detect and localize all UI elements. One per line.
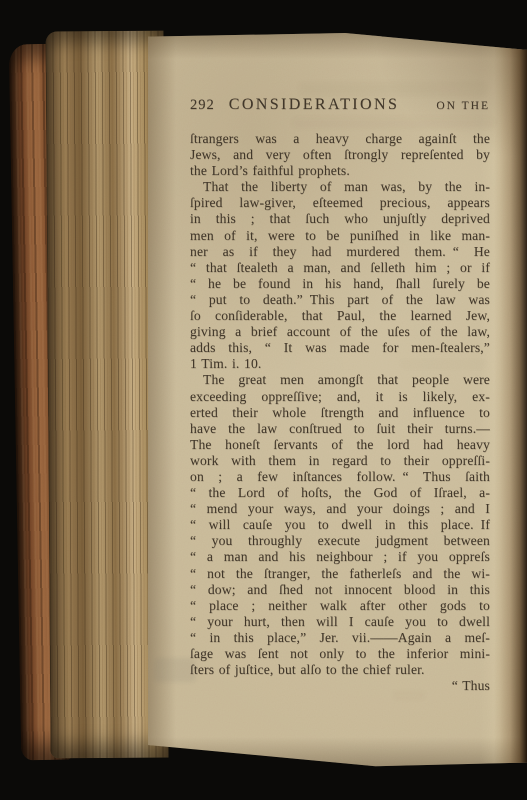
body-line: 1 Tim. i. 10. <box>190 356 490 372</box>
body-line: “ your hurt, then will I cauſe you to dw… <box>190 614 490 630</box>
text-column: 292 CONSIDERATIONS ON THE ſtrangers was … <box>190 96 490 694</box>
body-line: giving a brief account of the uſes of th… <box>190 324 490 340</box>
body-text: ſtrangers was a heavy charge againſt the… <box>190 131 490 694</box>
body-line: “ you throughly execute judgment between <box>190 533 490 549</box>
body-line: “ mend your ways, and your doings ; and … <box>190 501 490 517</box>
body-line: Jews, and very often ſtrongly repreſente… <box>190 147 490 163</box>
body-line: The honeſt ſervants of the lord had heav… <box>190 437 490 453</box>
body-line: erted their whole ſtrength and influence… <box>190 405 490 421</box>
body-line: “ place ; neither walk after other gods … <box>190 598 490 614</box>
show-through-smudge <box>298 83 488 95</box>
book-page: 292 CONSIDERATIONS ON THE ſtrangers was … <box>148 33 527 767</box>
body-line: “ that ſtealeth a man, and ſelleth him ;… <box>190 260 490 276</box>
body-line: work with them in regard to their oppreſ… <box>190 453 490 469</box>
body-line: “ not the ſtranger, the fatherleſs and t… <box>190 566 490 582</box>
body-line: “ a man and his neighbour ; if you oppre… <box>190 549 490 565</box>
body-line: “ put to death.” This part of the law wa… <box>190 292 490 308</box>
body-line: ſters of juſtice, but alſo to the chief … <box>190 662 490 678</box>
body-line: have the law conſtrued to ſuit their tur… <box>190 421 490 437</box>
running-title-suffix: ON THE <box>436 100 490 112</box>
body-line: ſage was ſent not only to the inferior m… <box>190 646 490 662</box>
book-scan-scene: 292 CONSIDERATIONS ON THE ſtrangers was … <box>0 0 527 800</box>
body-line: That the liberty of man was, by the in- <box>190 179 490 195</box>
page-number: 292 <box>190 97 215 114</box>
running-title: CONSIDERATIONS <box>229 96 400 114</box>
body-line: men of it, were to be puniſhed in like m… <box>190 228 490 244</box>
body-line: ſtrangers was a heavy charge againſt the <box>190 131 490 147</box>
body-line: the Lord’s faithful prophets. <box>190 163 490 179</box>
body-line: on ; a few inſtances follow. “ Thus ſait… <box>190 469 490 485</box>
body-line: “ Thus <box>190 678 490 694</box>
body-line: ſpired law-giver, eſteemed precious, app… <box>190 195 490 211</box>
body-line: The great men amongſt that people were <box>190 372 490 388</box>
body-line: “ will cauſe you to dwell in this place.… <box>190 517 490 533</box>
body-line: in this ; that ſuch who unjuſtly deprive… <box>190 211 490 227</box>
running-header: 292 CONSIDERATIONS ON THE <box>190 96 490 114</box>
body-line: “ dow; and ſhed not innocent blood in th… <box>190 582 490 598</box>
body-line: “ in this place,” Jer. vii.——Again a meſ… <box>190 630 490 646</box>
body-line: “ the Lord of hoſts, the God of Iſrael, … <box>190 485 490 501</box>
body-line: ner as if they had murdered them. “ He <box>190 244 490 260</box>
body-line: adds this, “ It was made for men-ſtealer… <box>190 340 490 356</box>
body-line: ſo conſiderable, that Paul, the learned … <box>190 308 490 324</box>
body-line: exceeding oppreſſive; and, it is likely,… <box>190 389 490 405</box>
body-line: “ he be found in his hand, ſhall ſurely … <box>190 276 490 292</box>
